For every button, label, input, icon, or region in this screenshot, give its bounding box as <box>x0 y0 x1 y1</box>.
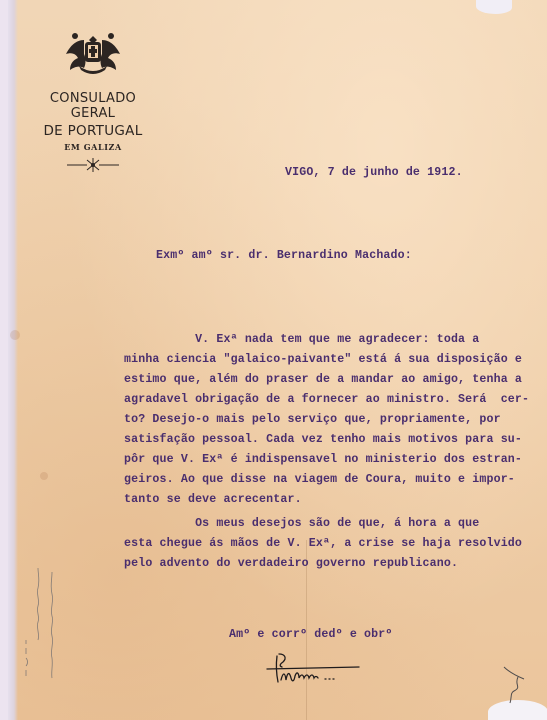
body-line: pôr que V. Exª é indispensavel no minist… <box>124 453 522 466</box>
body-line: to? Desejo-o mais pelo serviço que, prop… <box>124 413 501 426</box>
portuguese-coat-of-arms-icon <box>63 30 123 82</box>
stain <box>40 472 48 480</box>
signature <box>265 652 375 688</box>
body-line: esta chegue ás mãos de V. Exª, a crise s… <box>124 537 522 550</box>
pencil-squiggle <box>500 665 530 705</box>
body-line: V. Exª nada tem que me agradecer: toda a <box>124 333 479 346</box>
stain <box>10 330 20 340</box>
letterhead-title: CONSULADO GERAL <box>28 91 158 121</box>
pencil-margin-note <box>8 560 68 710</box>
body-line: pelo advento do verdadeiro governo repub… <box>124 557 458 570</box>
body-line: estimo que, além do praser de a mandar a… <box>124 373 522 386</box>
torn-corner <box>476 0 512 14</box>
body-line: geiros. Ao que disse na viagem de Coura,… <box>124 473 515 486</box>
dateline: VIGO, 7 de junho de 1912. <box>285 166 463 179</box>
body-line: satisfação pessoal. Cada vez tenho mais … <box>124 433 522 446</box>
salutation: Exmº amº sr. dr. Bernardino Machado: <box>156 249 412 262</box>
body-line: minha ciencia "galaico-paivante" está á … <box>124 353 522 366</box>
star-rule-ornament-icon <box>63 158 123 172</box>
closing: Amº e corrº dedº e obrº <box>229 628 392 641</box>
body-line: tanto se deve acrecentar. <box>124 493 302 506</box>
body-line: agradavel obrigação de a fornecer ao min… <box>124 393 529 406</box>
letterhead-country: DE PORTUGAL <box>28 123 158 139</box>
letterhead-location: EM GALIZA <box>28 142 158 152</box>
body-line: Os meus desejos são de que, á hora a que <box>124 517 479 530</box>
letterhead: CONSULADO GERAL DE PORTUGAL EM GALIZA <box>28 30 158 177</box>
